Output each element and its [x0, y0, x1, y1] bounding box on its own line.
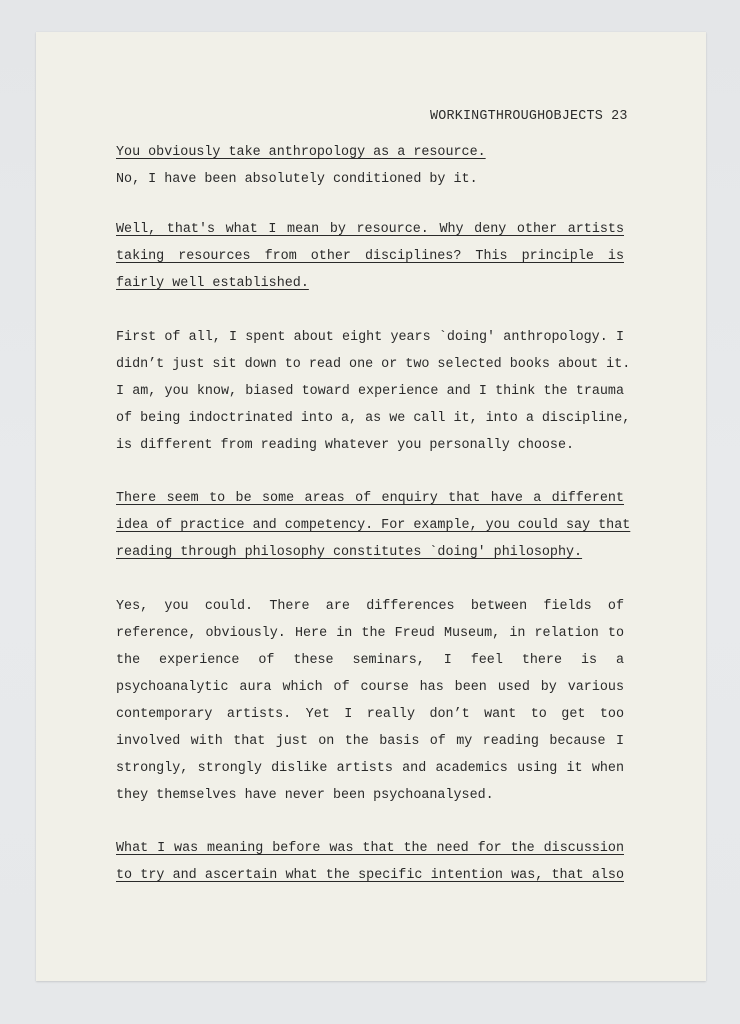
answer-line: psychoanalytic aura which of course has …	[116, 678, 624, 698]
question-line: Well, that's what I mean by resource. Wh…	[116, 220, 624, 240]
answer-line: of being indoctrinated into a, as we cal…	[116, 409, 624, 429]
answer-line: First of all, I spent about eight years …	[116, 328, 624, 348]
question-line: You obviously take anthropology as a res…	[116, 143, 624, 163]
answer-line: Yes, you could. There are differences be…	[116, 597, 624, 617]
question-line: There seem to be some areas of enquiry t…	[116, 489, 624, 509]
answer-line: involved with that just on the basis of …	[116, 732, 624, 752]
answer-line: reference, obviously. Here in the Freud …	[116, 624, 624, 644]
running-header: WORKINGTHROUGHOBJECTS 23	[430, 109, 628, 124]
answer-line: is different from reading whatever you p…	[116, 436, 624, 456]
answer-line: strongly, strongly dislike artists and a…	[116, 759, 624, 779]
question-line: What I was meaning before was that the n…	[116, 839, 624, 859]
paper-page: WORKINGTHROUGHOBJECTS 23 You obviously t…	[36, 32, 706, 981]
question-line: reading through philosophy constitutes `…	[116, 543, 624, 563]
answer-line: I am, you know, biased toward experience…	[116, 382, 624, 402]
answer-line: contemporary artists. Yet I really don’t…	[116, 705, 624, 725]
answer-line: No, I have been absolutely conditioned b…	[116, 170, 624, 190]
question-line: idea of practice and competency. For exa…	[116, 516, 624, 536]
question-line: to try and ascertain what the specific i…	[116, 866, 624, 886]
answer-line: they themselves have never been psychoan…	[116, 786, 624, 806]
answer-line: didn’t just sit down to read one or two …	[116, 355, 624, 375]
question-line: taking resources from other disciplines?…	[116, 247, 624, 267]
answer-line: the experience of these seminars, I feel…	[116, 651, 624, 671]
question-line: fairly well established.	[116, 274, 624, 294]
